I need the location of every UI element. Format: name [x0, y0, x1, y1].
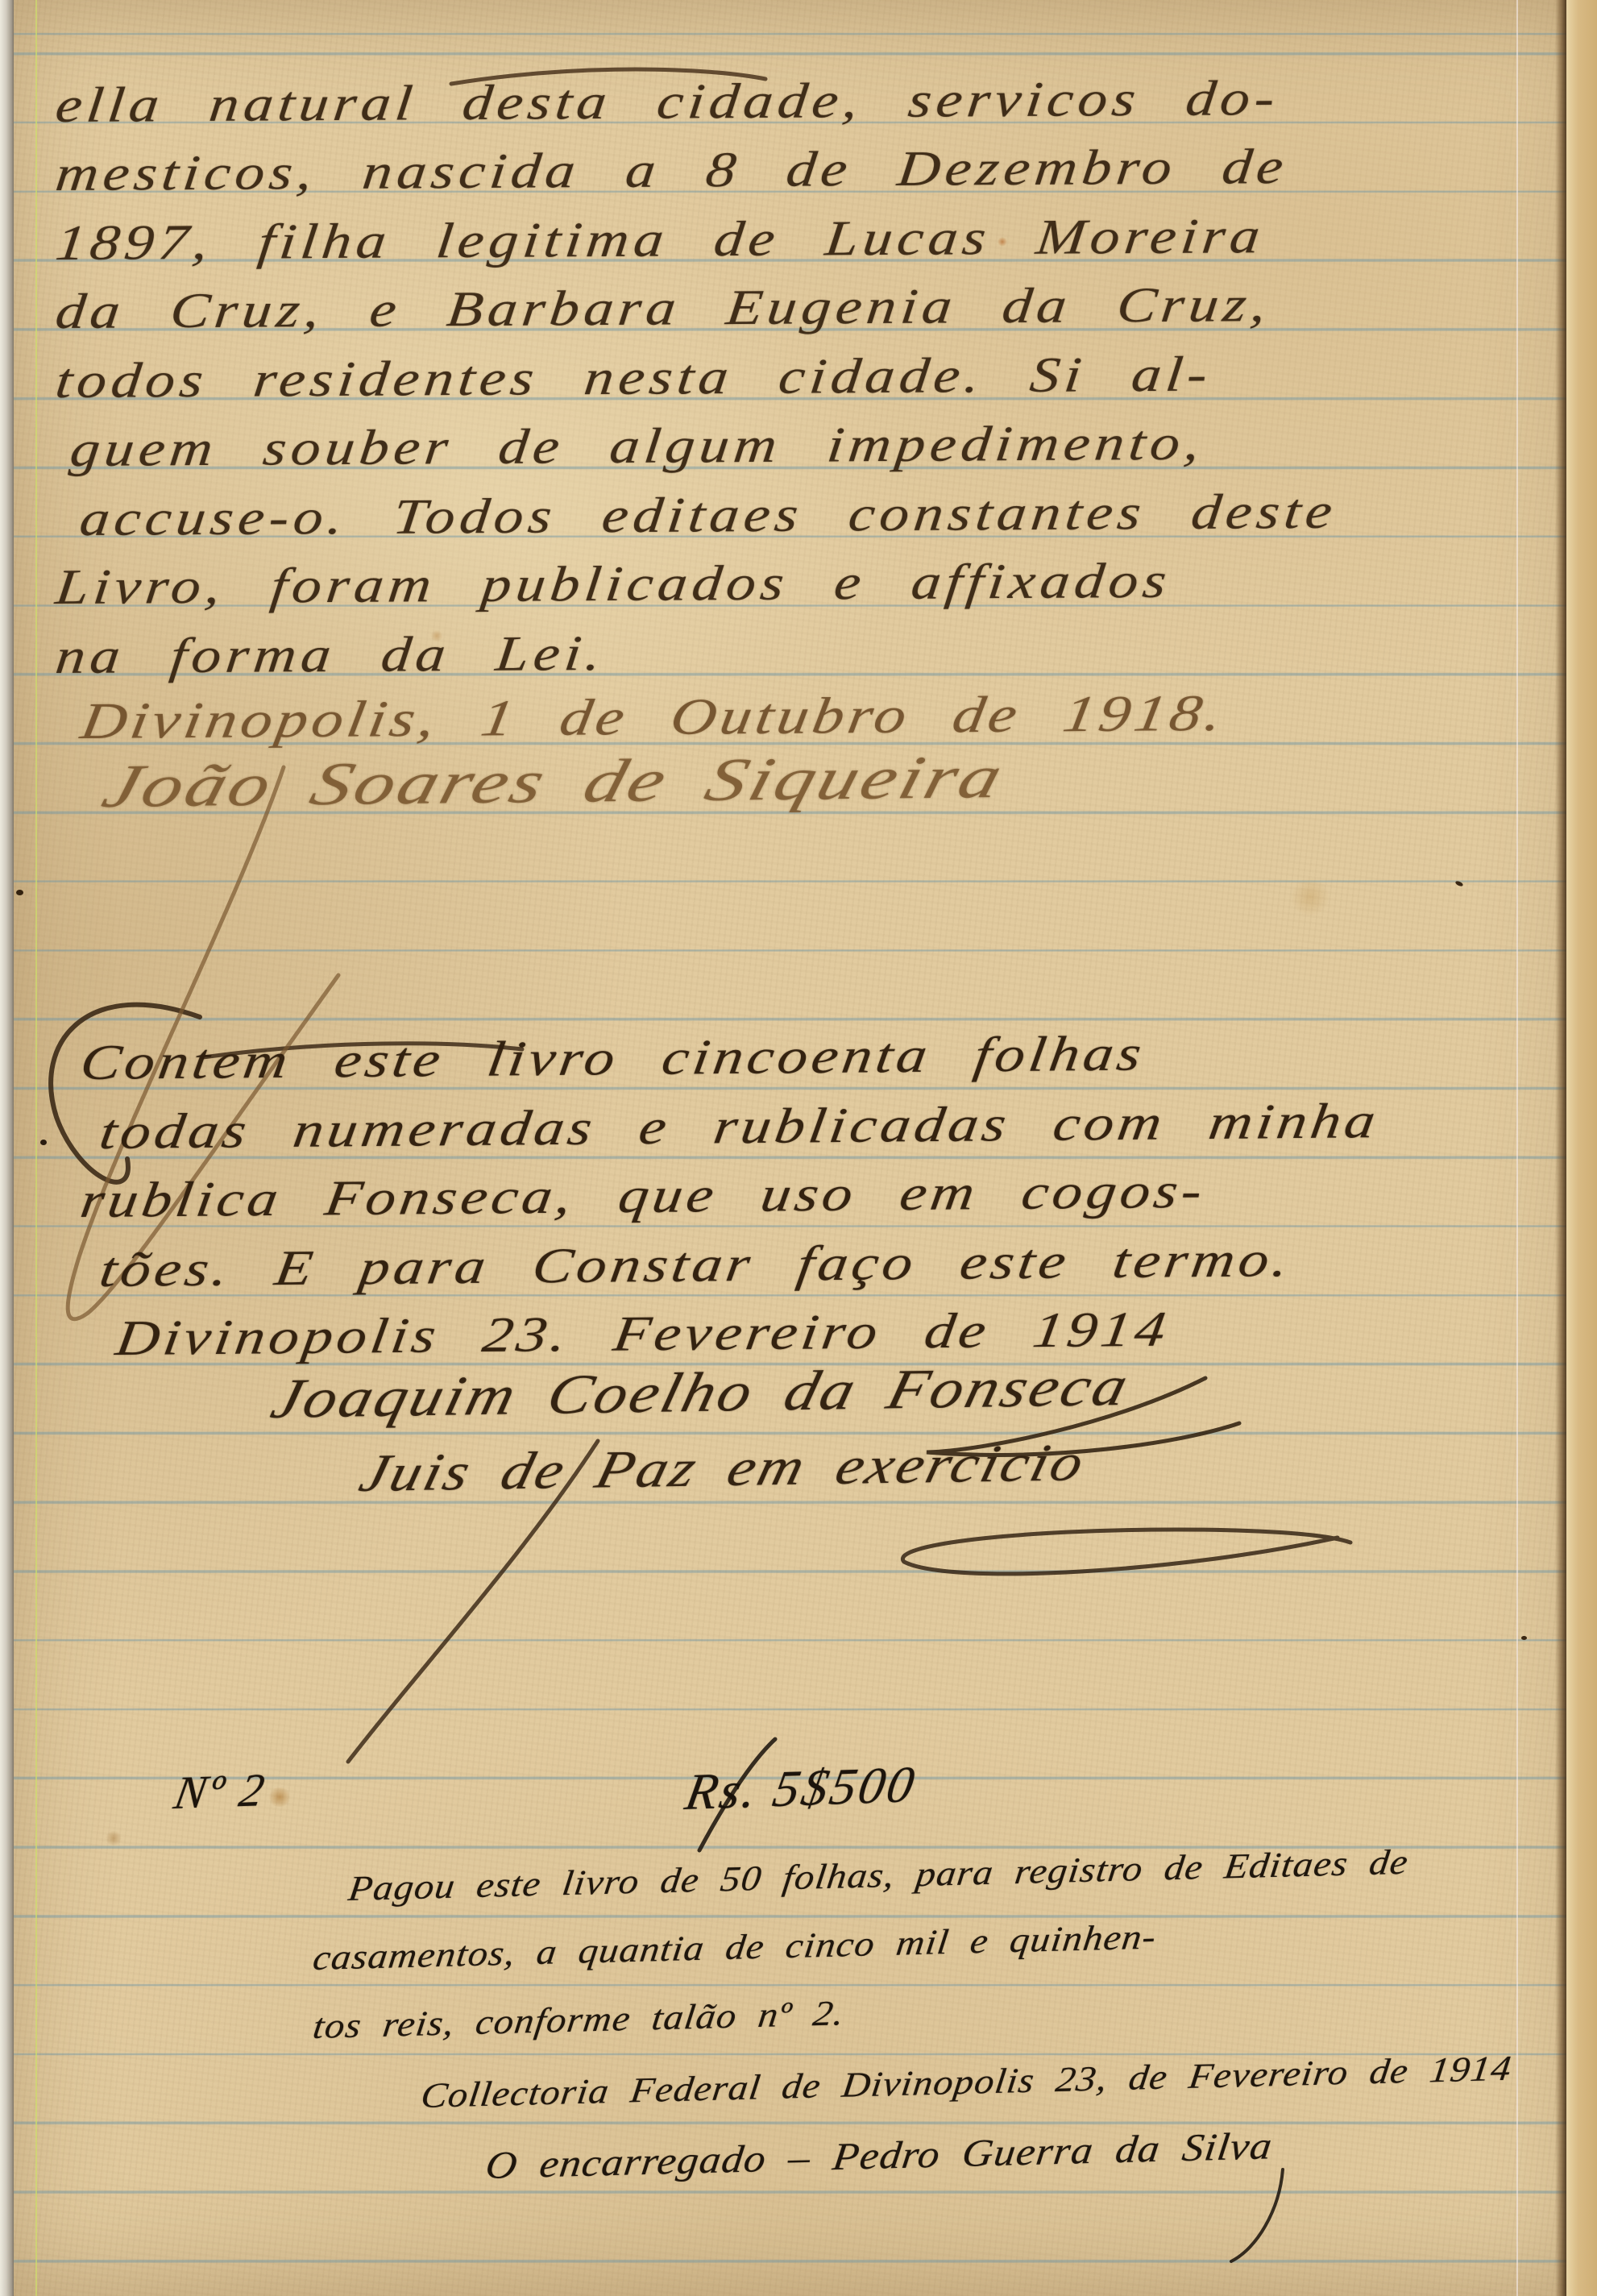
edital-signature: João Soares de Siqueira: [97, 746, 1011, 817]
paper-stain: [268, 1787, 292, 1807]
paper-stain: [105, 1831, 122, 1846]
left-page-edge: [0, 0, 14, 2296]
manuscript-page: ella natural desta cidade, servicos do- …: [0, 0, 1597, 2296]
paper-stain: [1289, 878, 1331, 915]
termo-dateline: Divinopolis 23. Fevereiro de 1914: [113, 1305, 1172, 1364]
edital-dateline: Divinopolis, 1 de Outubro de 1918.: [77, 687, 1230, 747]
receipt-number: Nº 2: [171, 1767, 270, 1816]
edital-line-7: accuse-o. Todos editaes constantes deste: [77, 487, 1339, 544]
receipt-amount: Rs. 5$500: [682, 1758, 920, 1818]
right-margin-line: [1516, 0, 1518, 2296]
edital-line-3: 1897, filha legitima de Lucas Moreira: [53, 211, 1267, 268]
ink-speck: [40, 1140, 47, 1145]
adjacent-page-edge: [1566, 0, 1597, 2296]
page-crease: [1555, 0, 1566, 2296]
edital-line-4: da Cruz, e Barbara Eugenia da Cruz,: [53, 280, 1273, 337]
left-margin-line: [35, 0, 37, 2296]
termo-line-3: rublica Fonseca, que uso em cogos-: [77, 1166, 1209, 1226]
termo-line-1: Contem este livro cincoenta folhas: [77, 1028, 1148, 1088]
edital-line-6: guem souber de algum impedimento,: [68, 418, 1207, 475]
edital-line-1: ella natural desta cidade, servicos do-: [53, 73, 1282, 131]
edital-line-5: todos residentes nesta cidade. Si al-: [53, 350, 1214, 406]
termo-signature: Joaquim Coelho da Fonseca: [266, 1359, 1135, 1428]
termo-line-2: todas numeradas e rublicadas com minha: [97, 1096, 1383, 1157]
edital-line-8: Livro, foram publicados e affixados: [53, 556, 1174, 612]
ink-speck: [16, 890, 23, 895]
termo-signature-title: Juis de Paz em exercicio: [355, 1436, 1092, 1501]
termo-line-4: tões. E para Constar faço este termo.: [97, 1235, 1296, 1295]
edital-line-9: na forma da Lei.: [53, 629, 608, 682]
edital-line-2: mesticos, nascida a 8 de Dezembro de: [53, 142, 1291, 199]
ink-speck: [1521, 1636, 1527, 1640]
